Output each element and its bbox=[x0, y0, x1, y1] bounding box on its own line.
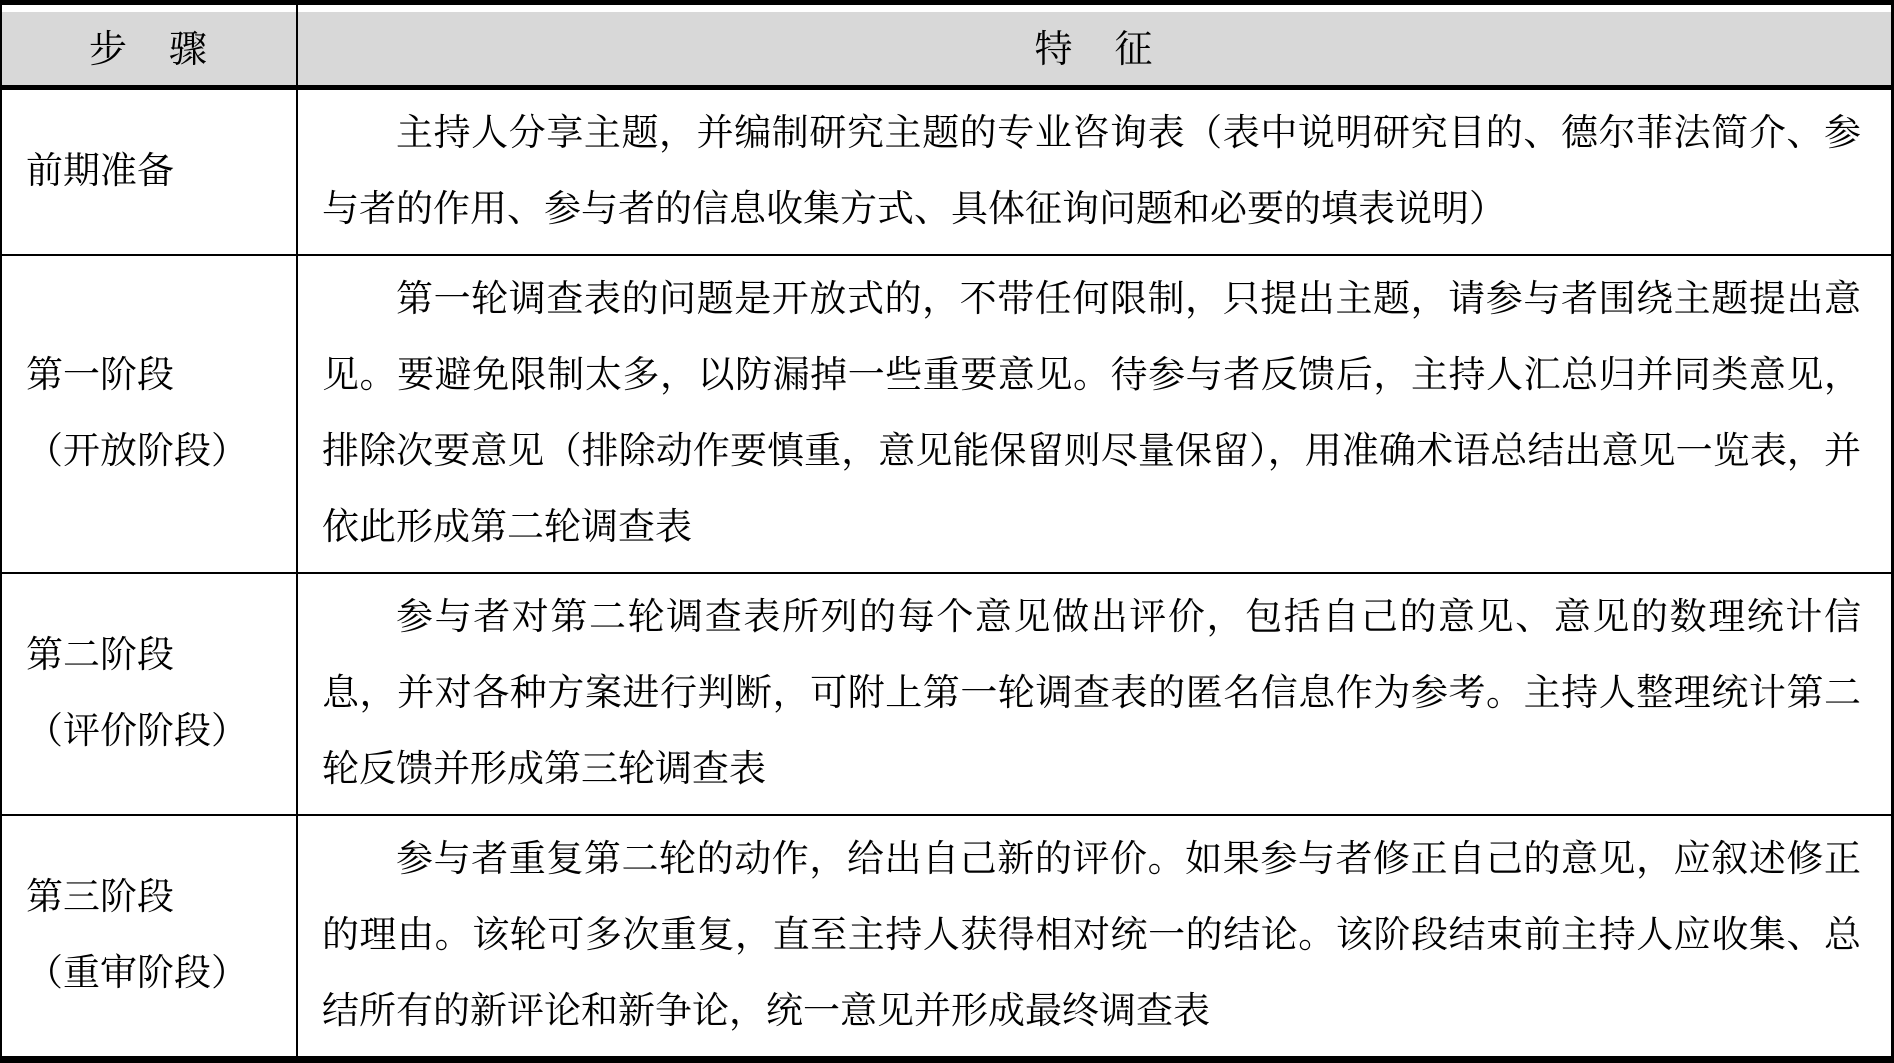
feature-text: 参与者对第二轮调查表所列的每个意见做出评价，包括自己的意见、意见的数理统计信息，… bbox=[322, 580, 1861, 808]
feature-text: 参与者重复第二轮的动作，给出自己新的评价。如果参与者修正自己的意见，应叙述修正的… bbox=[322, 822, 1861, 1050]
column-header-step-label: 步 骤 bbox=[89, 18, 209, 73]
table-row-stage2: 第二阶段 （评价阶段） 参与者对第二轮调查表所列的每个意见做出评价，包括自己的意… bbox=[2, 572, 1891, 814]
step-sublabel: （评价阶段） bbox=[26, 694, 296, 770]
step-label: 前期准备 bbox=[26, 134, 296, 210]
feature-text: 第一轮调查表的问题是开放式的，不带任何限制，只提出主题，请参与者围绕主题提出意见… bbox=[322, 262, 1861, 566]
delphi-steps-table: 步 骤 特 征 前期准备 主持人分享主题，并编制研究主题的专业咨询表（表中说明研… bbox=[0, 0, 1894, 1063]
step-sublabel: （开放阶段） bbox=[26, 414, 296, 490]
column-header-feature: 特 征 bbox=[298, 5, 1891, 85]
document-page: 步 骤 特 征 前期准备 主持人分享主题，并编制研究主题的专业咨询表（表中说明研… bbox=[0, 0, 1894, 1048]
table-row-stage3: 第三阶段 （重审阶段） 参与者重复第二轮的动作，给出自己新的评价。如果参与者修正… bbox=[2, 814, 1891, 1056]
feature-cell-stage3: 参与者重复第二轮的动作，给出自己新的评价。如果参与者修正自己的意见，应叙述修正的… bbox=[298, 816, 1891, 1056]
table-row-preparation: 前期准备 主持人分享主题，并编制研究主题的专业咨询表（表中说明研究目的、德尔菲法… bbox=[2, 88, 1891, 254]
feature-cell-stage2: 参与者对第二轮调查表所列的每个意见做出评价，包括自己的意见、意见的数理统计信息，… bbox=[298, 574, 1891, 814]
feature-cell-preparation: 主持人分享主题，并编制研究主题的专业咨询表（表中说明研究目的、德尔菲法简介、参与… bbox=[298, 90, 1891, 254]
step-cell-stage2: 第二阶段 （评价阶段） bbox=[2, 574, 298, 814]
feature-cell-stage1: 第一轮调查表的问题是开放式的，不带任何限制，只提出主题，请参与者围绕主题提出意见… bbox=[298, 256, 1891, 572]
feature-text: 主持人分享主题，并编制研究主题的专业咨询表（表中说明研究目的、德尔菲法简介、参与… bbox=[322, 96, 1861, 248]
column-header-step: 步 骤 bbox=[2, 5, 298, 85]
step-cell-preparation: 前期准备 bbox=[2, 90, 298, 254]
table-row-stage1: 第一阶段 （开放阶段） 第一轮调查表的问题是开放式的，不带任何限制，只提出主题，… bbox=[2, 254, 1891, 572]
step-cell-stage1: 第一阶段 （开放阶段） bbox=[2, 256, 298, 572]
column-header-feature-label: 特 征 bbox=[1034, 18, 1154, 73]
table-header-row: 步 骤 特 征 bbox=[2, 5, 1891, 88]
step-cell-stage3: 第三阶段 （重审阶段） bbox=[2, 816, 298, 1056]
step-sublabel: （重审阶段） bbox=[26, 936, 296, 1012]
step-label: 第三阶段 bbox=[26, 860, 296, 936]
step-label: 第二阶段 bbox=[26, 618, 296, 694]
step-label: 第一阶段 bbox=[26, 338, 296, 414]
